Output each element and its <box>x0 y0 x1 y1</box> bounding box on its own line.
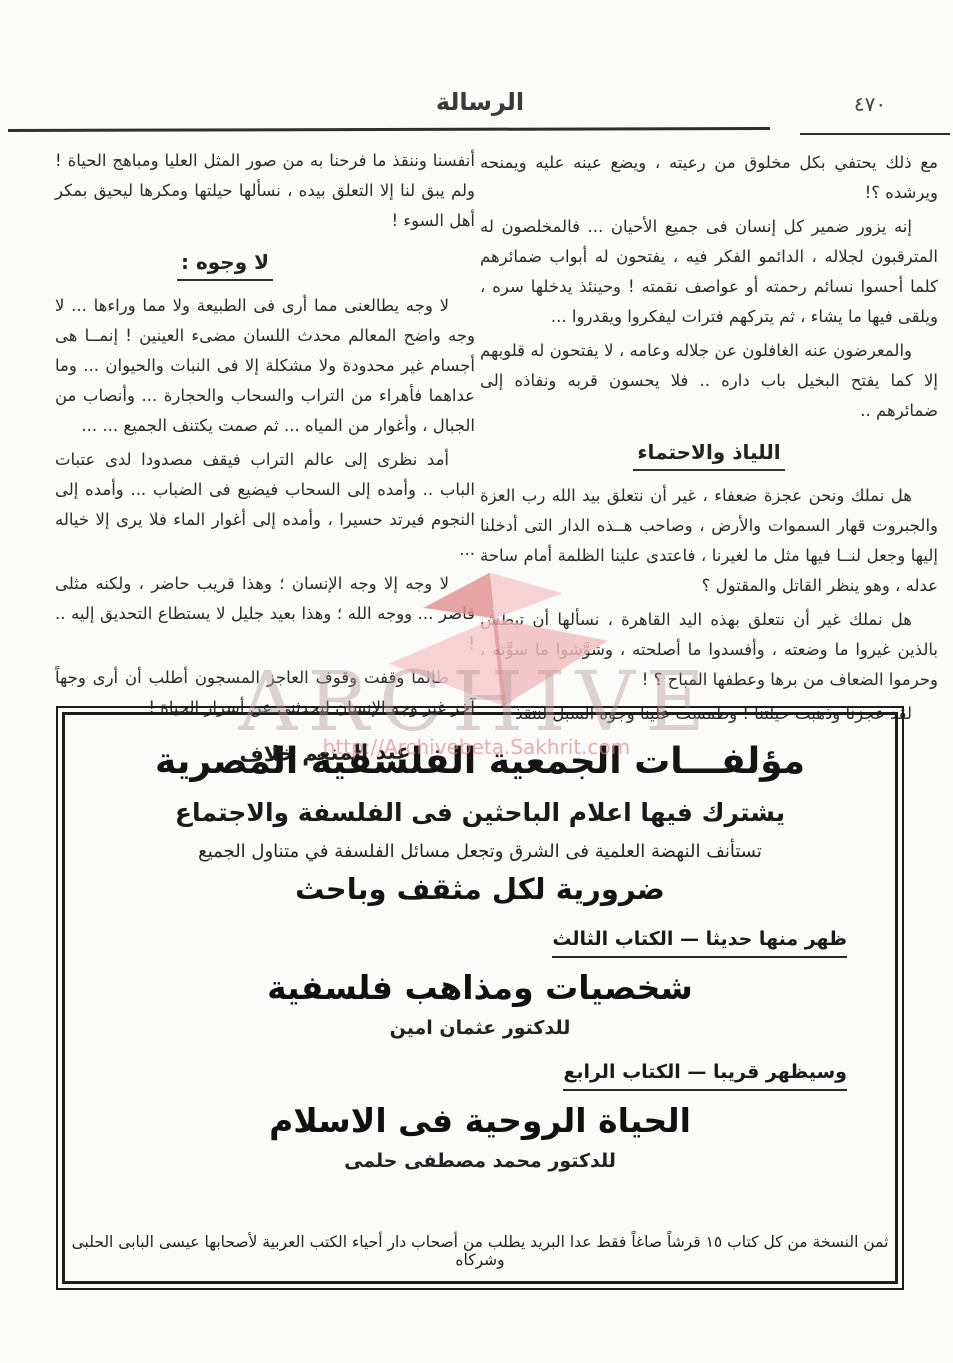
ad-book4-title: الحياة الروحية فى الاسلام <box>269 1101 691 1140</box>
ad-price-footer: ثمن النسخة من كل كتاب ١٥ قرشاً صاغاً فقط… <box>65 1233 895 1269</box>
article-paragraph: أمد نظرى إلى عالم التراب فيقف مصدودا لدى… <box>55 445 475 565</box>
ad-title: مؤلفـــات الجمعية الفلسفية المصرية <box>155 741 805 782</box>
ad-book4-label: وسيظهر قريبا — الكتاب الرابع <box>563 1061 847 1091</box>
ad-book3-author: للدكتور عثمان امين <box>390 1017 571 1039</box>
magazine-page: الرسالة ٤٧٠ مع ذلك يحتفي بكل مخلوق من رع… <box>0 0 953 1363</box>
article-column-right: مع ذلك يحتفي بكل مخلوق من رعيته ، ويضع ع… <box>480 148 938 688</box>
ad-book3-title: شخصيات ومذاهب فلسفية <box>267 968 693 1007</box>
ad-tagline: تستأنف النهضة العلمية فى الشرق وتجعل مسا… <box>198 841 762 862</box>
article-paragraph: لا وجه يطالعنى مما أرى فى الطبيعة ولا مم… <box>55 291 475 441</box>
section-heading-no-faces: لا وجوه : <box>55 250 475 281</box>
section-heading-refuge: اللياذ والاحتماء <box>480 440 938 471</box>
article-paragraph: والمعرضون عنه الغافلون عن جلاله وعامه ، … <box>480 336 938 426</box>
article-paragraph: أنفسنا وننقذ ما فرحنا به من صور المثل ال… <box>55 146 475 236</box>
ad-necessity-line: ضرورية لكل مثقف وباحث <box>295 872 665 906</box>
advertisement-box: مؤلفـــات الجمعية الفلسفية المصرية يشترك… <box>62 712 898 1284</box>
ad-subtitle: يشترك فيها اعلام الباحثين فى الفلسفة وال… <box>175 798 785 827</box>
article-paragraph: هل نملك ونحن عجزة ضعفاء ، غير أن نتعلق ب… <box>480 481 938 601</box>
article-paragraph: هل نملك غير أن نتعلق بهذه اليد القاهرة ،… <box>480 605 938 695</box>
article-paragraph: لا وجه إلا وجه الإنسان ؛ وهذا قريب حاضر … <box>55 569 475 659</box>
page-number: ٤٧٠ <box>830 92 910 116</box>
journal-title: الرسالة <box>405 88 555 116</box>
article-paragraph: مع ذلك يحتفي بكل مخلوق من رعيته ، ويضع ع… <box>480 148 938 208</box>
article-column-left: أنفسنا وننقذ ما فرحنا به من صور المثل ال… <box>55 146 475 691</box>
header-rule-left <box>8 127 770 132</box>
header-rule-right <box>800 133 950 135</box>
ad-book4-author: للدكتور محمد مصطفى حلمى <box>344 1150 616 1172</box>
article-paragraph: إنه يزور ضمير كل إنسان فى جميع الأحيان .… <box>480 212 938 332</box>
ad-book3-label: ظهر منها حديثا — الكتاب الثالث <box>552 928 847 958</box>
